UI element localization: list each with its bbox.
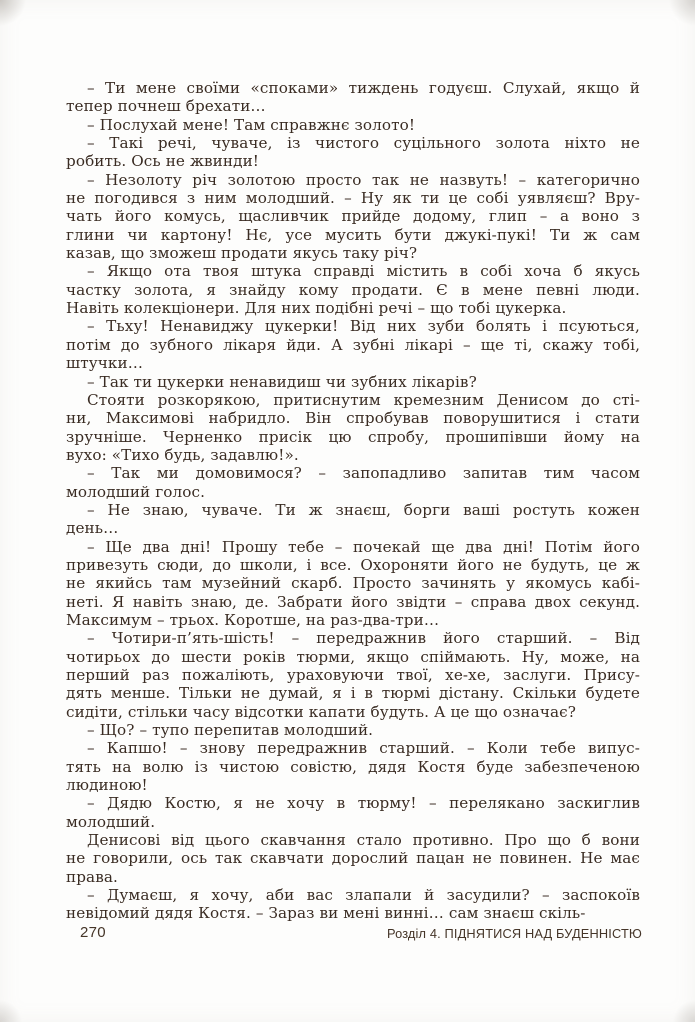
text-line: – Думаєш, я хочу, аби вас злапали й засу… [66, 886, 640, 904]
text-line: робить. Ось не жвинди! [66, 152, 640, 170]
text-line: зручніше. Черненко присік цю спробу, про… [66, 428, 640, 446]
text-line: частку золота, я знайду кому продати. Є … [66, 281, 640, 299]
text-line: людиною! [66, 776, 640, 794]
text-line: чать його комусь, щасливчик прийде додом… [66, 207, 640, 225]
text-line: ни, Максимові набридло. Він спробував по… [66, 409, 640, 427]
text-line: привезуть сюди, до школи, і все. Охороня… [66, 556, 640, 574]
text-line: права. [66, 868, 640, 886]
text-line: – Чотири-п’ять-шість! – передражнив його… [66, 629, 640, 647]
page-footer: 270 Розділ 4. ПІДНЯТИСЯ НАД БУДЕННІСТЮ [0, 924, 695, 944]
text-line: молодший. [66, 813, 640, 831]
text-line: молодший голос. [66, 483, 640, 501]
text-line: – Незолоту річ золотою просто так не наз… [66, 171, 640, 189]
text-line: – Не знаю, чуваче. Ти ж знаєш, борги ваш… [66, 501, 640, 519]
text-line: – Капшо! – знову передражнив старший. – … [66, 739, 640, 757]
text-line: Навіть колекціонери. Для них подібні реч… [66, 299, 640, 317]
text-line: перший раз пожаліють, ураховуючи твої, х… [66, 666, 640, 684]
text-line: – Якщо ота твоя штука справді містить в … [66, 262, 640, 280]
chapter-title: Розділ 4. ПІДНЯТИСЯ НАД БУДЕННІСТЮ [387, 926, 642, 941]
text-line: тепер почнеш брехати… [66, 97, 640, 115]
text-line: штучки… [66, 354, 640, 372]
text-line: – Ще два дні! Прошу тебе – почекай ще дв… [66, 538, 640, 556]
text-line: потім до зубного лікаря йди. А зубні лік… [66, 336, 640, 354]
text-line: сидіти, стільки часу відсотки капати буд… [66, 703, 640, 721]
text-line: – Ти мене своїми «споками» тиждень годує… [66, 79, 640, 97]
text-line: вухо: «Тихо будь, задавлю!». [66, 446, 640, 464]
text-line: – Послухай мене! Там справжнє золото! [66, 116, 640, 134]
text-line: не говорили, ось так скавчати дорослий п… [66, 849, 640, 867]
text-line: казав, що зможеш продати якусь таку річ? [66, 244, 640, 262]
text-line: – Дядю Костю, я не хочу в тюрму! – перел… [66, 794, 640, 812]
text-line: – Що? – тупо перепитав молодший. [66, 721, 640, 739]
text-line: глини чи картону! Нє, усе мусить бути дж… [66, 226, 640, 244]
text-line: дять менше. Тільки не думай, я і в тюрмі… [66, 684, 640, 702]
text-line: – Так ми домовимося? – запопадливо запит… [66, 464, 640, 482]
text-line: тять на волю із чистою совістю, дядя Кос… [66, 758, 640, 776]
text-line: – Такі речі, чуваче, із чистого суцільно… [66, 134, 640, 152]
text-line: не якийсь там музейний скарб. Просто зач… [66, 574, 640, 592]
book-page: – Ти мене своїми «споками» тиждень годує… [0, 0, 695, 1022]
text-line: Денисові від цього скавчання стало проти… [66, 831, 640, 849]
text-line: – Так ти цукерки ненавидиш чи зубних лік… [66, 373, 640, 391]
page-text: – Ти мене своїми «споками» тиждень годує… [66, 79, 640, 923]
text-line: неті. Я навіть знаю, де. Забрати його зв… [66, 593, 640, 611]
page-number: 270 [80, 924, 106, 941]
text-line: невідомий дядя Костя. – Зараз ви мені ви… [66, 904, 640, 922]
text-line: чотирьох до шести років тюрми, якщо спій… [66, 648, 640, 666]
text-line: не погодився з ним молодший. – Ну як ти … [66, 189, 640, 207]
text-line: Максимум – трьох. Коротше, на раз-два-тр… [66, 611, 640, 629]
text-line: – Тьху! Ненавиджу цукерки! Від них зуби … [66, 317, 640, 335]
text-line: Стояти розкорякою, притиснутим кремезним… [66, 391, 640, 409]
text-line: день… [66, 519, 640, 537]
